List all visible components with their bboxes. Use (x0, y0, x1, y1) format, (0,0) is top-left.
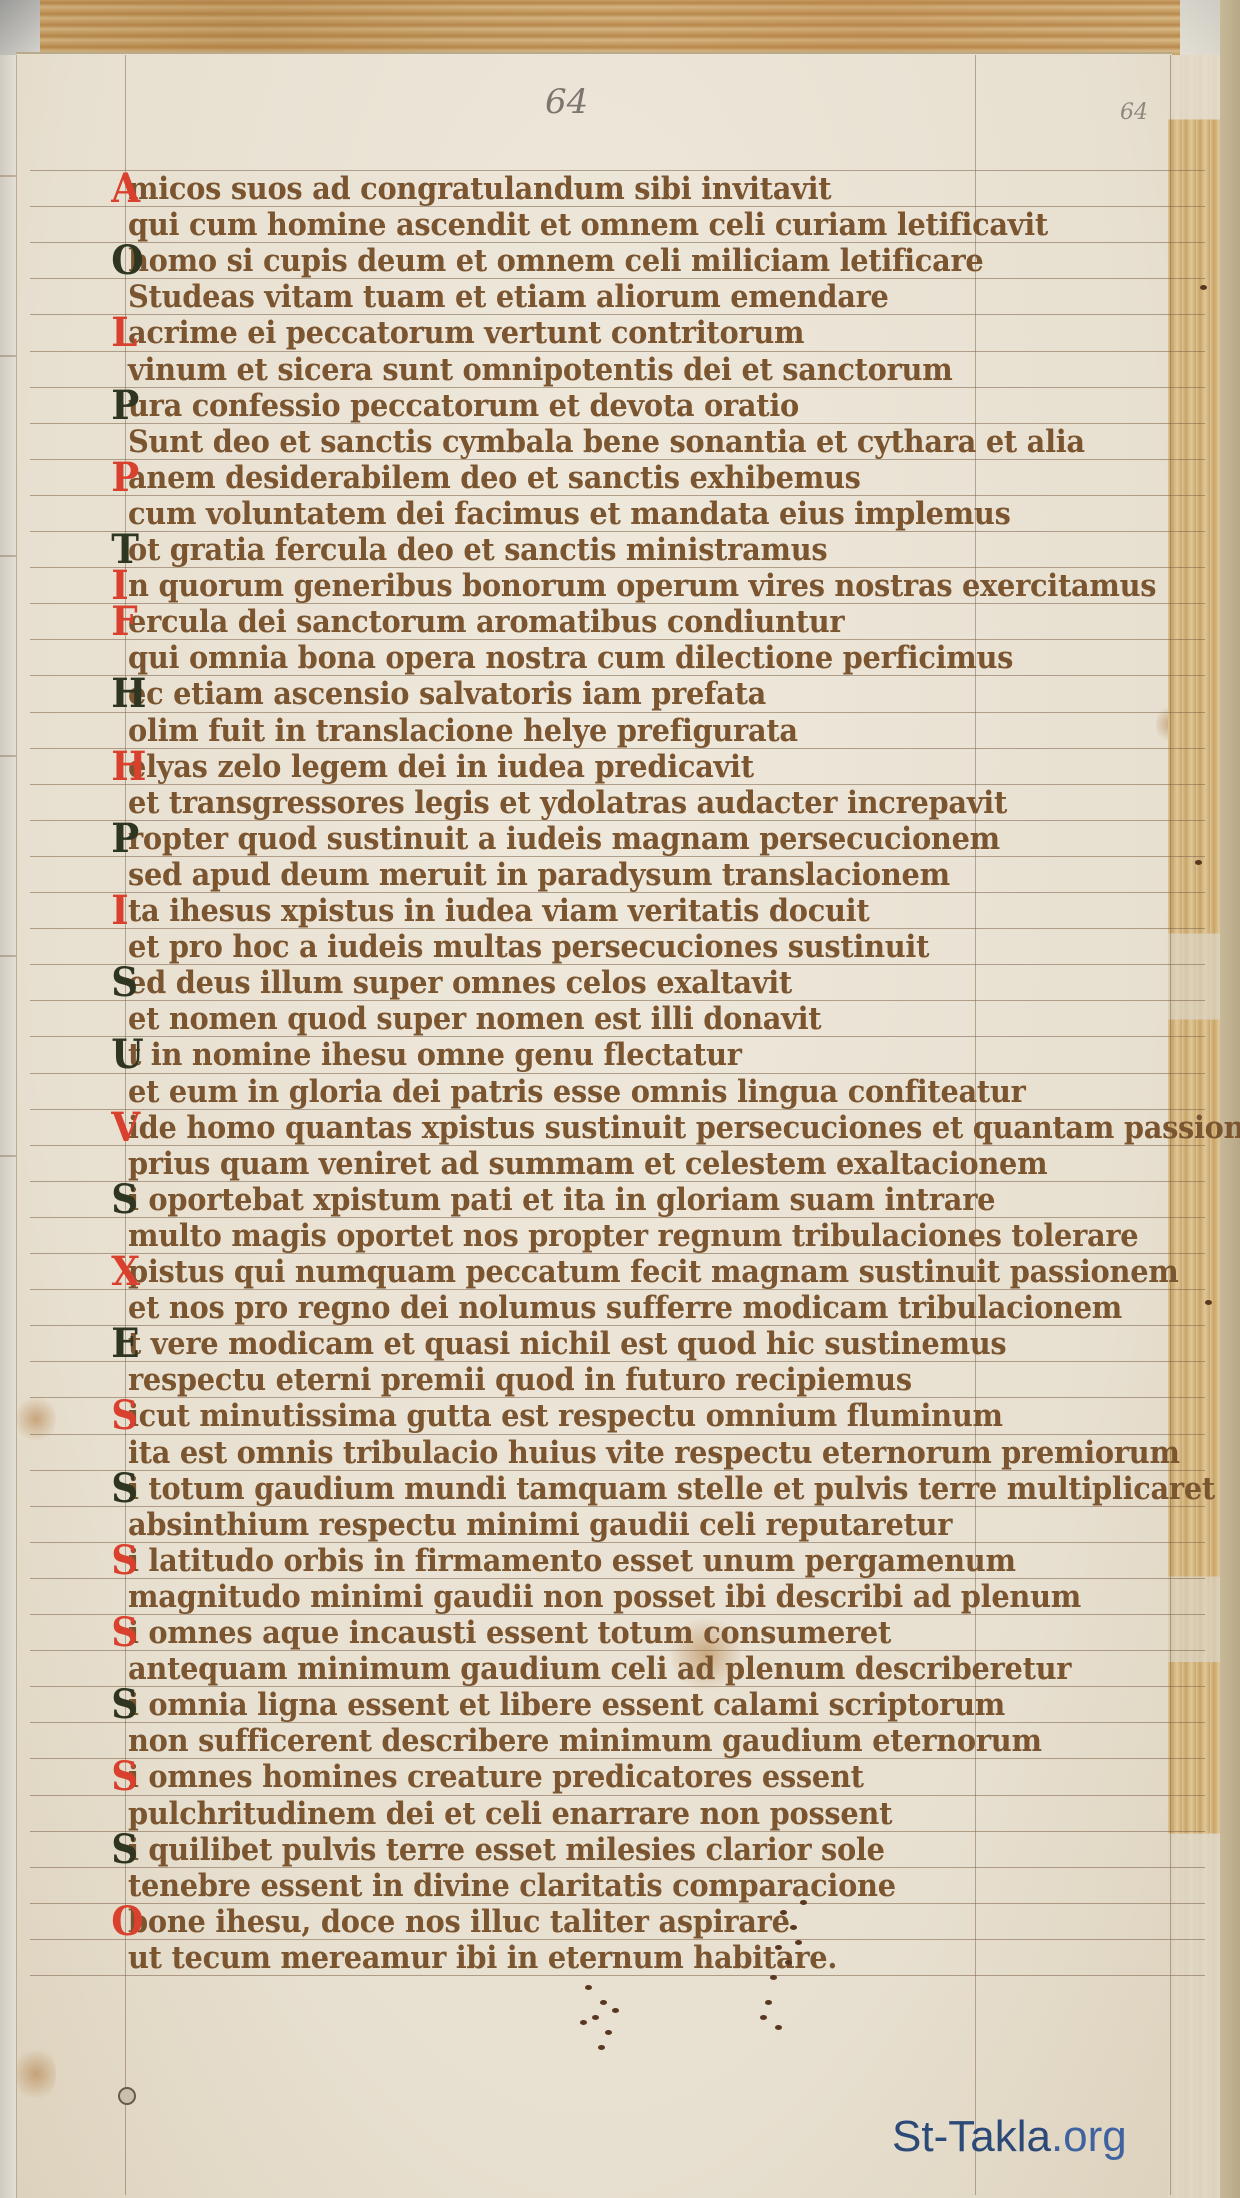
manuscript-line: absinthium respectu minimi gaudii celi r… (128, 1508, 952, 1542)
line-text: micos suos ad congratulandum sibi invita… (128, 171, 831, 207)
initial-letter: P (111, 820, 139, 858)
manuscript-line: Ita ihesus xpistus in iudea viam veritat… (128, 894, 869, 928)
worm-hole (600, 2000, 607, 2005)
manuscript-line: Propter quod sustinuit a iudeis magnam p… (128, 822, 1000, 856)
initial-letter: S (111, 1758, 138, 1796)
manuscript-line: olim fuit in translacione helye prefigur… (128, 714, 798, 748)
manuscript-line: non sufficerent describere minimum gaudi… (128, 1724, 1042, 1758)
initial-letter: S (111, 1397, 138, 1435)
manuscript-line: Si latitudo orbis in firmamento esset un… (128, 1544, 1016, 1578)
manuscript-line: Si omnes aque incausti essent totum cons… (128, 1616, 891, 1650)
initial-letter: S (111, 1181, 138, 1219)
line-text: ta ihesus xpistus in iudea viam veritati… (128, 893, 869, 929)
worm-hole (760, 2015, 767, 2020)
manuscript-line: ita est omnis tribulacio huius vite resp… (128, 1436, 1180, 1470)
line-text: respectu eterni premii quod in futuro re… (128, 1362, 912, 1398)
manuscript-line: Xpistus qui numquam peccatum fecit magna… (128, 1255, 1178, 1289)
initial-letter: H (111, 748, 146, 786)
manuscript-line: Sicut minutissima gutta est respectu omn… (128, 1399, 1003, 1433)
worm-hole (780, 1910, 787, 1915)
manuscript-line: Sed deus illum super omnes celos exaltav… (128, 966, 792, 1000)
line-text: i omnia ligna essent et libere essent ca… (128, 1687, 1005, 1723)
line-text: et transgressores legis et ydolatras aud… (128, 785, 1007, 821)
initial-letter: A (111, 170, 140, 208)
line-text: vinum et sicera sunt omnipotentis dei et… (128, 352, 952, 388)
line-text: pistus qui numquam peccatum fecit magnam… (128, 1254, 1178, 1290)
line-text: ut tecum mereamur ibi in eternum habitar… (128, 1940, 837, 1976)
manuscript-text: Amicos suos ad congratulandum sibi invit… (0, 0, 1240, 2198)
initial-letter: X (111, 1253, 140, 1291)
manuscript-line: Panem desiderabilem deo et sanctis exhib… (128, 461, 861, 495)
line-text: ide homo quantas xpistus sustinuit perse… (128, 1110, 1240, 1146)
line-text: prius quam veniret ad summam et celestem… (128, 1146, 1047, 1182)
line-text: i omnes aque incausti essent totum consu… (128, 1615, 891, 1651)
line-text: multo magis oportet nos propter regnum t… (128, 1218, 1138, 1254)
manuscript-line: Si quilibet pulvis terre esset milesies … (128, 1833, 885, 1867)
line-text: icut minutissima gutta est respectu omni… (128, 1398, 1003, 1434)
line-text: sed apud deum meruit in paradysum transl… (128, 857, 950, 893)
line-text: n quorum generibus bonorum operum vires … (128, 568, 1156, 604)
manuscript-line: Pura confessio peccatorum et devota orat… (128, 389, 799, 423)
initial-letter: V (111, 1109, 140, 1147)
worm-hole (1195, 860, 1202, 865)
initial-letter: S (111, 1470, 138, 1508)
manuscript-line: Sunt deo et sanctis cymbala bene sonanti… (128, 425, 1085, 459)
line-text: elyas zelo legem dei in iudea predicavit (128, 749, 754, 785)
initial-letter: P (111, 459, 139, 497)
line-text: i oportebat xpistum pati et ita in glori… (128, 1182, 995, 1218)
line-text: homo si cupis deum et omnem celi milicia… (128, 243, 983, 279)
initial-letter: O (111, 242, 143, 280)
watermark: St-Takla.org (892, 2112, 1127, 2162)
manuscript-line: qui omnia bona opera nostra cum dilectio… (128, 641, 1013, 675)
watermark-tld: .org (1051, 2112, 1127, 2161)
manuscript-line: Si oportebat xpistum pati et ita in glor… (128, 1183, 995, 1217)
manuscript-line: Helyas zelo legem dei in iudea predicavi… (128, 750, 754, 784)
manuscript-line: et eum in gloria dei patris esse omnis l… (128, 1075, 1026, 1109)
manuscript-line: Lacrime ei peccatorum vertunt contritoru… (128, 316, 804, 350)
initial-letter: E (111, 1325, 139, 1363)
manuscript-line: multo magis oportet nos propter regnum t… (128, 1219, 1138, 1253)
line-text: antequam minimum gaudium celi ad plenum … (128, 1651, 1071, 1687)
manuscript-line: Ohomo si cupis deum et omnem celi milici… (128, 244, 983, 278)
initial-letter: O (111, 1903, 143, 1941)
manuscript-line: pulchritudinem dei et celi enarrare non … (128, 1797, 892, 1831)
line-text: tenebre essent in divine claritatis comp… (128, 1868, 896, 1904)
manuscript-line: Amicos suos ad congratulandum sibi invit… (128, 172, 831, 206)
line-text: non sufficerent describere minimum gaudi… (128, 1723, 1042, 1759)
manuscript-line: Obone ihesu, doce nos illuc taliter aspi… (128, 1905, 790, 1939)
manuscript-line: et transgressores legis et ydolatras aud… (128, 786, 1007, 820)
line-text: et nomen quod super nomen est illi donav… (128, 1001, 821, 1037)
worm-hole (612, 2008, 619, 2013)
manuscript-line: antequam minimum gaudium celi ad plenum … (128, 1652, 1071, 1686)
initial-letter: L (111, 314, 137, 352)
line-text: et nos pro regno dei nolumus sufferre mo… (128, 1290, 1122, 1326)
line-text: ura confessio peccatorum et devota orati… (128, 388, 799, 424)
manuscript-line: In quorum generibus bonorum operum vires… (128, 569, 1156, 603)
worm-hole (795, 1940, 802, 1945)
line-text: ot gratia fercula deo et sanctis ministr… (128, 532, 827, 568)
line-text: et pro hoc a iudeis multas persecuciones… (128, 929, 929, 965)
manuscript-line: magnitudo minimi gaudii non posset ibi d… (128, 1580, 1081, 1614)
worm-hole (592, 2015, 599, 2020)
line-text: ec etiam ascensio salvatoris iam prefata (128, 676, 766, 712)
worm-hole (598, 2045, 605, 2050)
worm-hole (580, 2020, 587, 2025)
manuscript-line: respectu eterni premii quod in futuro re… (128, 1363, 912, 1397)
manuscript-line: Hec etiam ascensio salvatoris iam prefat… (128, 677, 766, 711)
initial-letter: S (111, 1686, 138, 1724)
line-text: ropter quod sustinuit a iudeis magnam pe… (128, 821, 1000, 857)
worm-hole (1200, 285, 1207, 290)
manuscript-line: ut tecum mereamur ibi in eternum habitar… (128, 1941, 837, 1975)
line-text: pulchritudinem dei et celi enarrare non … (128, 1796, 892, 1832)
worm-hole (775, 2025, 782, 2030)
worm-hole (800, 1900, 807, 1905)
line-text: cum voluntatem dei facimus et mandata ei… (128, 496, 1011, 532)
line-text: absinthium respectu minimi gaudii celi r… (128, 1507, 952, 1543)
initial-letter: F (111, 603, 137, 641)
worm-hole (1205, 1300, 1212, 1305)
worm-hole (585, 1985, 592, 1990)
initial-letter: P (111, 387, 139, 425)
initial-letter: U (111, 1036, 143, 1074)
line-text: ita est omnis tribulacio huius vite resp… (128, 1435, 1180, 1471)
line-text: i latitudo orbis in firmamento esset unu… (128, 1543, 1016, 1579)
worm-hole (790, 1925, 797, 1930)
manuscript-line: Ut in nomine ihesu omne genu flectatur (128, 1038, 742, 1072)
manuscript-line: sed apud deum meruit in paradysum transl… (128, 858, 950, 892)
manuscript-line: et nos pro regno dei nolumus sufferre mo… (128, 1291, 1122, 1325)
line-text: et eum in gloria dei patris esse omnis l… (128, 1074, 1026, 1110)
line-text: t in nomine ihesu omne genu flectatur (128, 1037, 742, 1073)
worm-hole (775, 1945, 782, 1950)
manuscript-line: tenebre essent in divine claritatis comp… (128, 1869, 896, 1903)
line-text: qui omnia bona opera nostra cum dilectio… (128, 640, 1013, 676)
binding-hole (118, 2087, 136, 2105)
initial-letter: I (111, 892, 128, 930)
manuscript-line: Si omnes homines creature predicatores e… (128, 1760, 864, 1794)
line-text: i totum gaudium mundi tamquam stelle et … (128, 1471, 1215, 1507)
line-text: i omnes homines creature predicatores es… (128, 1759, 864, 1795)
line-text: acrime ei peccatorum vertunt contritorum (128, 315, 804, 351)
line-text: magnitudo minimi gaudii non posset ibi d… (128, 1579, 1081, 1615)
line-text: t vere modicam et quasi nichil est quod … (128, 1326, 1006, 1362)
line-text: olim fuit in translacione helye prefigur… (128, 713, 798, 749)
manuscript-line: prius quam veniret ad summam et celestem… (128, 1147, 1047, 1181)
line-text: anem desiderabilem deo et sanctis exhibe… (128, 460, 861, 496)
manuscript-line: cum voluntatem dei facimus et mandata ei… (128, 497, 1011, 531)
line-text: qui cum homine ascendit et omnem celi cu… (128, 207, 1048, 243)
manuscript-line: SStudeas vitam tuam et etiam aliorum eme… (128, 280, 889, 314)
initial-letter: S (111, 1542, 138, 1580)
initial-letter: S (111, 964, 138, 1002)
worm-hole (765, 2000, 772, 2005)
line-text: i quilibet pulvis terre esset milesies c… (128, 1832, 885, 1868)
worm-hole (785, 1960, 792, 1965)
line-text: ercula dei sanctorum aromatibus condiunt… (128, 604, 844, 640)
watermark-name: St-Takla (892, 2112, 1051, 2161)
manuscript-line: Si omnia ligna essent et libere essent c… (128, 1688, 1005, 1722)
worm-hole (605, 2030, 612, 2035)
manuscript-line: et nomen quod super nomen est illi donav… (128, 1002, 821, 1036)
manuscript-line: Fercula dei sanctorum aromatibus condiun… (128, 605, 844, 639)
line-text: Sunt deo et sanctis cymbala bene sonanti… (128, 424, 1085, 460)
initial-letter: S (111, 1614, 138, 1652)
manuscript-line: Si totum gaudium mundi tamquam stelle et… (128, 1472, 1215, 1506)
manuscript-line: Et vere modicam et quasi nichil est quod… (128, 1327, 1006, 1361)
line-text: tudeas vitam tuam et etiam aliorum emend… (149, 279, 889, 315)
worm-hole (770, 1975, 777, 1980)
manuscript-line: vinum et sicera sunt omnipotentis dei et… (128, 353, 952, 387)
manuscript-line: et pro hoc a iudeis multas persecuciones… (128, 930, 929, 964)
manuscript-line: Vide homo quantas xpistus sustinuit pers… (128, 1111, 1240, 1145)
manuscript-line: qui cum homine ascendit et omnem celi cu… (128, 208, 1048, 242)
initial-letter: S (111, 1831, 138, 1869)
manuscript-line: Tot gratia fercula deo et sanctis minist… (128, 533, 827, 567)
line-text: ed deus illum super omnes celos exaltavi… (128, 965, 792, 1001)
initial-letter: H (111, 675, 146, 713)
line-text: bone ihesu, doce nos illuc taliter aspir… (128, 1904, 790, 1940)
